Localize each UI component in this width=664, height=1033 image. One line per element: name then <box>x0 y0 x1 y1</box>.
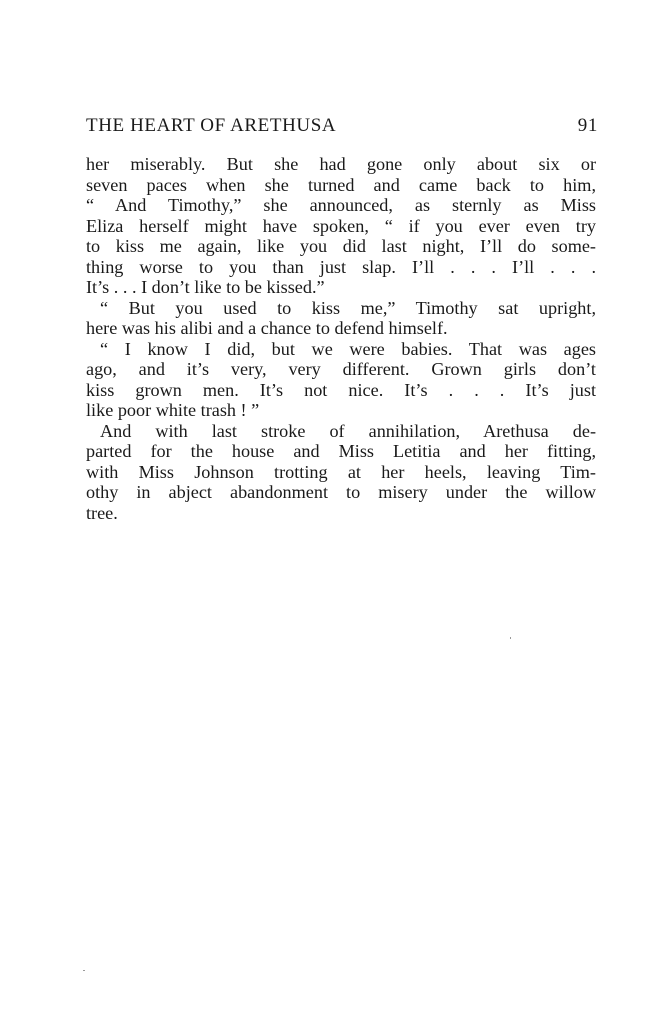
paragraph-start-line: “ But you used to kiss me,” Timothy sat … <box>86 298 596 319</box>
text-line: “ And Timothy,” she announced, as sternl… <box>86 195 596 216</box>
text-line: ago, and it’s very, very different. Grow… <box>86 359 596 380</box>
page-number: 91 <box>578 115 598 137</box>
book-page: THE HEART OF ARETHUSA 91 her miserably. … <box>0 0 664 1033</box>
text-line: Eliza herself might have spoken, “ if yo… <box>86 216 596 237</box>
text-line: tree. <box>86 503 596 524</box>
running-head: THE HEART OF ARETHUSA 91 <box>0 115 598 139</box>
text-line: seven paces when she turned and came bac… <box>86 175 596 196</box>
text-line: with Miss Johnson trotting at her heels,… <box>86 462 596 483</box>
text-line: here was his alibi and a chance to defen… <box>86 318 596 339</box>
scan-speck <box>83 970 85 971</box>
text-line: othy in abject abandonment to misery und… <box>86 482 596 503</box>
text-line: thing worse to you than just slap. I’ll … <box>86 257 596 278</box>
text-line: to kiss me again, like you did last nigh… <box>86 236 596 257</box>
text-line: parted for the house and Miss Letitia an… <box>86 441 596 462</box>
text-line: kiss grown men. It’s not nice. It’s . . … <box>86 380 596 401</box>
paragraph-start-line: “ I know I did, but we were babies. That… <box>86 339 596 360</box>
text-line: like poor white trash ! ” <box>86 400 596 421</box>
scan-speck <box>510 637 511 639</box>
body-text: her miserably. But she had gone only abo… <box>86 154 596 523</box>
text-line: her miserably. But she had gone only abo… <box>86 154 596 175</box>
running-title: THE HEART OF ARETHUSA <box>86 115 336 137</box>
paragraph-start-line: And with last stroke of annihilation, Ar… <box>86 421 596 442</box>
text-line: It’s . . . I don’t like to be kissed.” <box>86 277 596 298</box>
